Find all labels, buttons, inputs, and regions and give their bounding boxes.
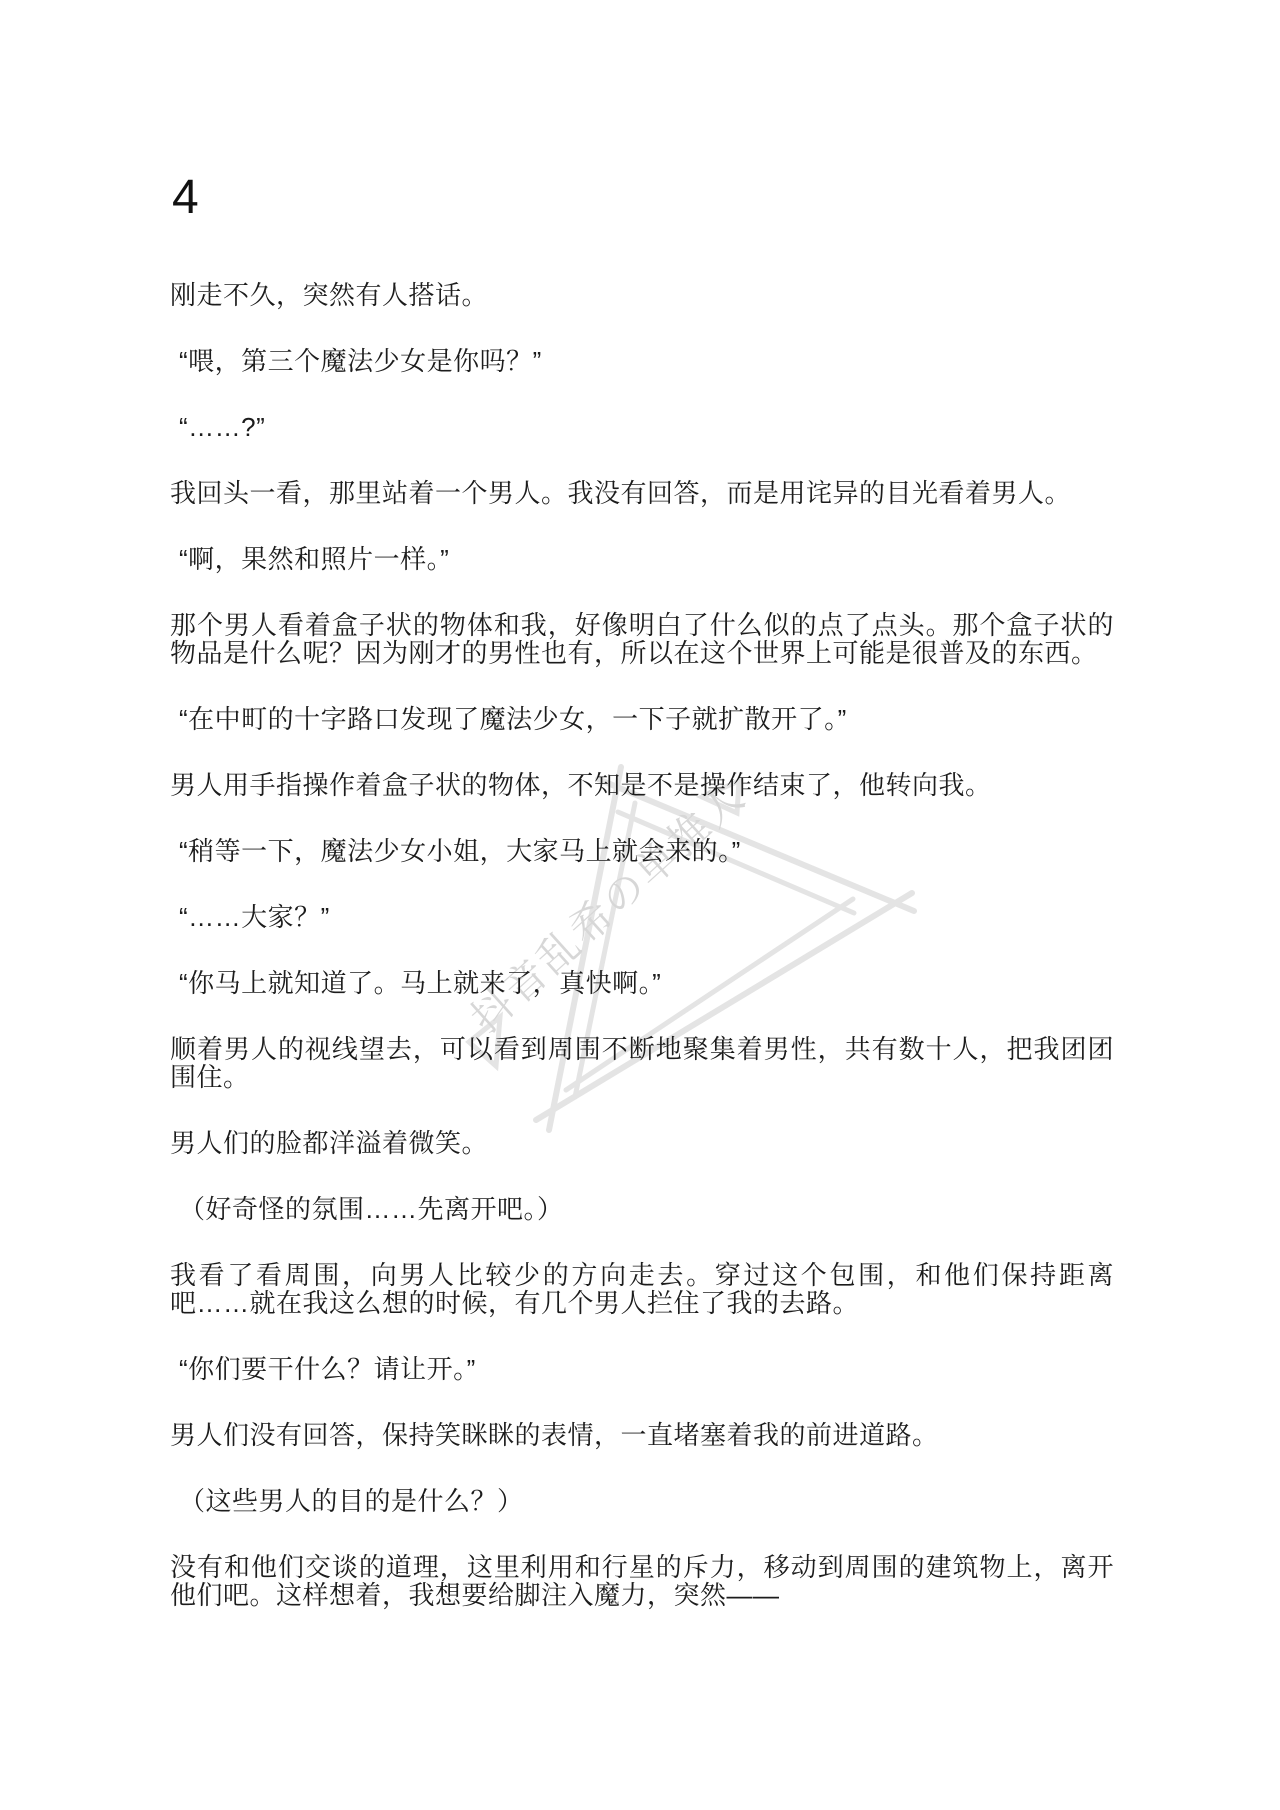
paragraph-dialogue: “……大家？” (170, 903, 1114, 931)
paragraph-dialogue: “你马上就知道了。马上就来了，真快啊。” (170, 969, 1114, 997)
paragraph-dialogue: “你们要干什么？请让开。” (170, 1355, 1114, 1383)
paragraph-dialogue: “喂，第三个魔法少女是你吗？” (170, 347, 1114, 375)
paragraph: 男人用手指操作着盒子状的物体，不知是不是操作结束了，他转向我。 (170, 771, 1114, 799)
paragraph: 那个男人看着盒子状的物体和我，好像明白了什么似的点了点头。那个盒子状的物品是什么… (170, 611, 1114, 667)
paragraph: 没有和他们交谈的道理，这里利用和行星的斥力，移动到周围的建筑物上，离开他们吧。这… (170, 1553, 1114, 1609)
paragraph: 刚走不久，突然有人搭话。 (170, 281, 1114, 309)
paragraph: 男人们的脸都洋溢着微笑。 (170, 1129, 1114, 1157)
paragraph: 我回头一看，那里站着一个男人。我没有回答，而是用诧异的目光看着男人。 (170, 479, 1114, 507)
paragraph-dialogue: “在中町的十字路口发现了魔法少女，一下子就扩散开了。” (170, 705, 1114, 733)
paragraph-dialogue: “……?” (170, 413, 1114, 441)
paragraph-thought: （这些男人的目的是什么？） (170, 1487, 1114, 1515)
chapter-content: 4 刚走不久，突然有人搭话。 “喂，第三个魔法少女是你吗？” “……?” 我回头… (170, 172, 1114, 1647)
chapter-number-heading: 4 (172, 172, 1114, 225)
document-page: 抖音乱希の单推人 4 刚走不久，突然有人搭话。 “喂，第三个魔法少女是你吗？” … (0, 0, 1280, 1810)
paragraph: 男人们没有回答，保持笑眯眯的表情，一直堵塞着我的前进道路。 (170, 1421, 1114, 1449)
paragraph-dialogue: “啊，果然和照片一样。” (170, 545, 1114, 573)
paragraph: 我看了看周围，向男人比较少的方向走去。穿过这个包围，和他们保持距离吧……就在我这… (170, 1261, 1114, 1317)
paragraph-dialogue: “稍等一下，魔法少女小姐，大家马上就会来的。” (170, 837, 1114, 865)
paragraph-thought: （好奇怪的氛围……先离开吧。） (170, 1195, 1114, 1223)
paragraph: 顺着男人的视线望去，可以看到周围不断地聚集着男性，共有数十人，把我团团围住。 (170, 1035, 1114, 1091)
